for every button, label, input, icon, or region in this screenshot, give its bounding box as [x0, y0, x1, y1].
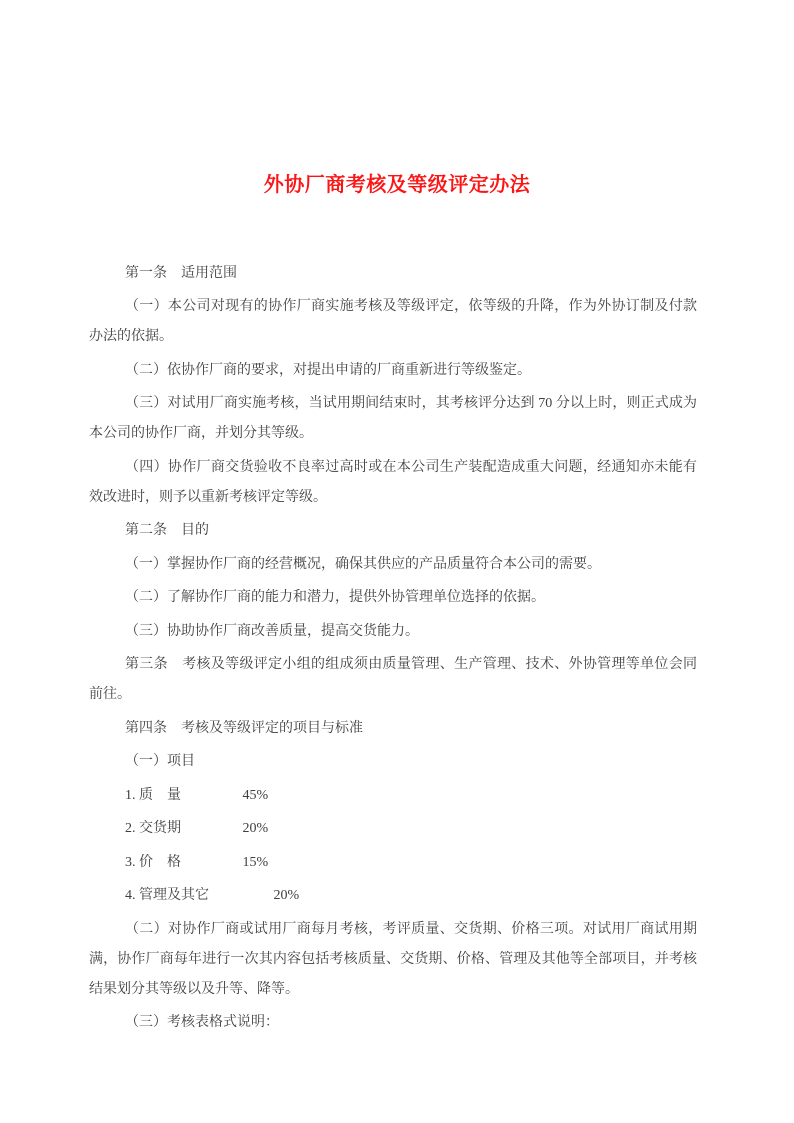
article-3-heading: 第三条 考核及等级评定小组的组成须由质量管理、生产管理、技术、外协管理等单位会同…	[89, 650, 697, 710]
article-1-item-1: （一）本公司对现有的协作厂商实施考核及等级评定，依等级的升降，作为外协订制及付款…	[89, 292, 697, 352]
weight-list: 1. 质 量 45% 2. 交货期 20% 3. 价 格 15% 4. 管理及其…	[89, 781, 697, 912]
article-1-item-4: （四）协作厂商交货验收不良率过高时或在本公司生产装配造成重大问题，经通知亦未能有…	[89, 453, 697, 513]
weight-item-quality: 1. 质 量 45%	[89, 781, 697, 811]
article-4-heading: 第四条 考核及等级评定的项目与标准	[89, 714, 697, 744]
weight-label: 3. 价 格	[125, 848, 239, 878]
article-1-item-3: （三）对试用厂商实施考核，当试用期间结束时，其考核评分达到 70 分以上时，则正…	[89, 389, 697, 449]
article-2-item-2: （二）了解协作厂商的能力和潜力，提供外协管理单位选择的依据。	[89, 583, 697, 613]
document-title: 外协厂商考核及等级评定办法	[0, 170, 794, 200]
weight-item-management: 4. 管理及其它 20%	[89, 881, 697, 911]
weight-label: 4. 管理及其它	[125, 881, 270, 911]
article-1-heading: 第一条 适用范围	[89, 259, 697, 289]
article-4-item-2: （二）对协作厂商或试用厂商每月考核，考评质量、交货期、价格三项。对试用厂商试用期…	[89, 915, 697, 1005]
weight-item-price: 3. 价 格 15%	[89, 848, 697, 878]
weight-label: 1. 质 量	[125, 781, 239, 811]
article-2-heading: 第二条 目的	[89, 516, 697, 546]
document-body: 第一条 适用范围 （一）本公司对现有的协作厂商实施考核及等级评定，依等级的升降，…	[89, 255, 697, 1042]
article-1-item-2: （二）依协作厂商的要求，对提出申请的厂商重新进行等级鉴定。	[89, 356, 697, 386]
weight-percent: 20%	[274, 888, 300, 903]
weight-percent: 45%	[243, 788, 269, 803]
weight-percent: 15%	[243, 855, 269, 870]
article-2-item-3: （三）协助协作厂商改善质量，提高交货能力。	[89, 617, 697, 647]
article-2-item-1: （一）掌握协作厂商的经营概况，确保其供应的产品质量符合本公司的需要。	[89, 550, 697, 580]
weight-percent: 20%	[243, 821, 269, 836]
weight-label: 2. 交货期	[125, 814, 239, 844]
document-page: 外协厂商考核及等级评定办法 第一条 适用范围 （一）本公司对现有的协作厂商实施考…	[0, 0, 794, 1123]
article-4-item-3: （三）考核表格式说明：	[89, 1008, 697, 1038]
article-4-item-1: （一）项目	[89, 747, 697, 777]
weight-item-delivery: 2. 交货期 20%	[89, 814, 697, 844]
